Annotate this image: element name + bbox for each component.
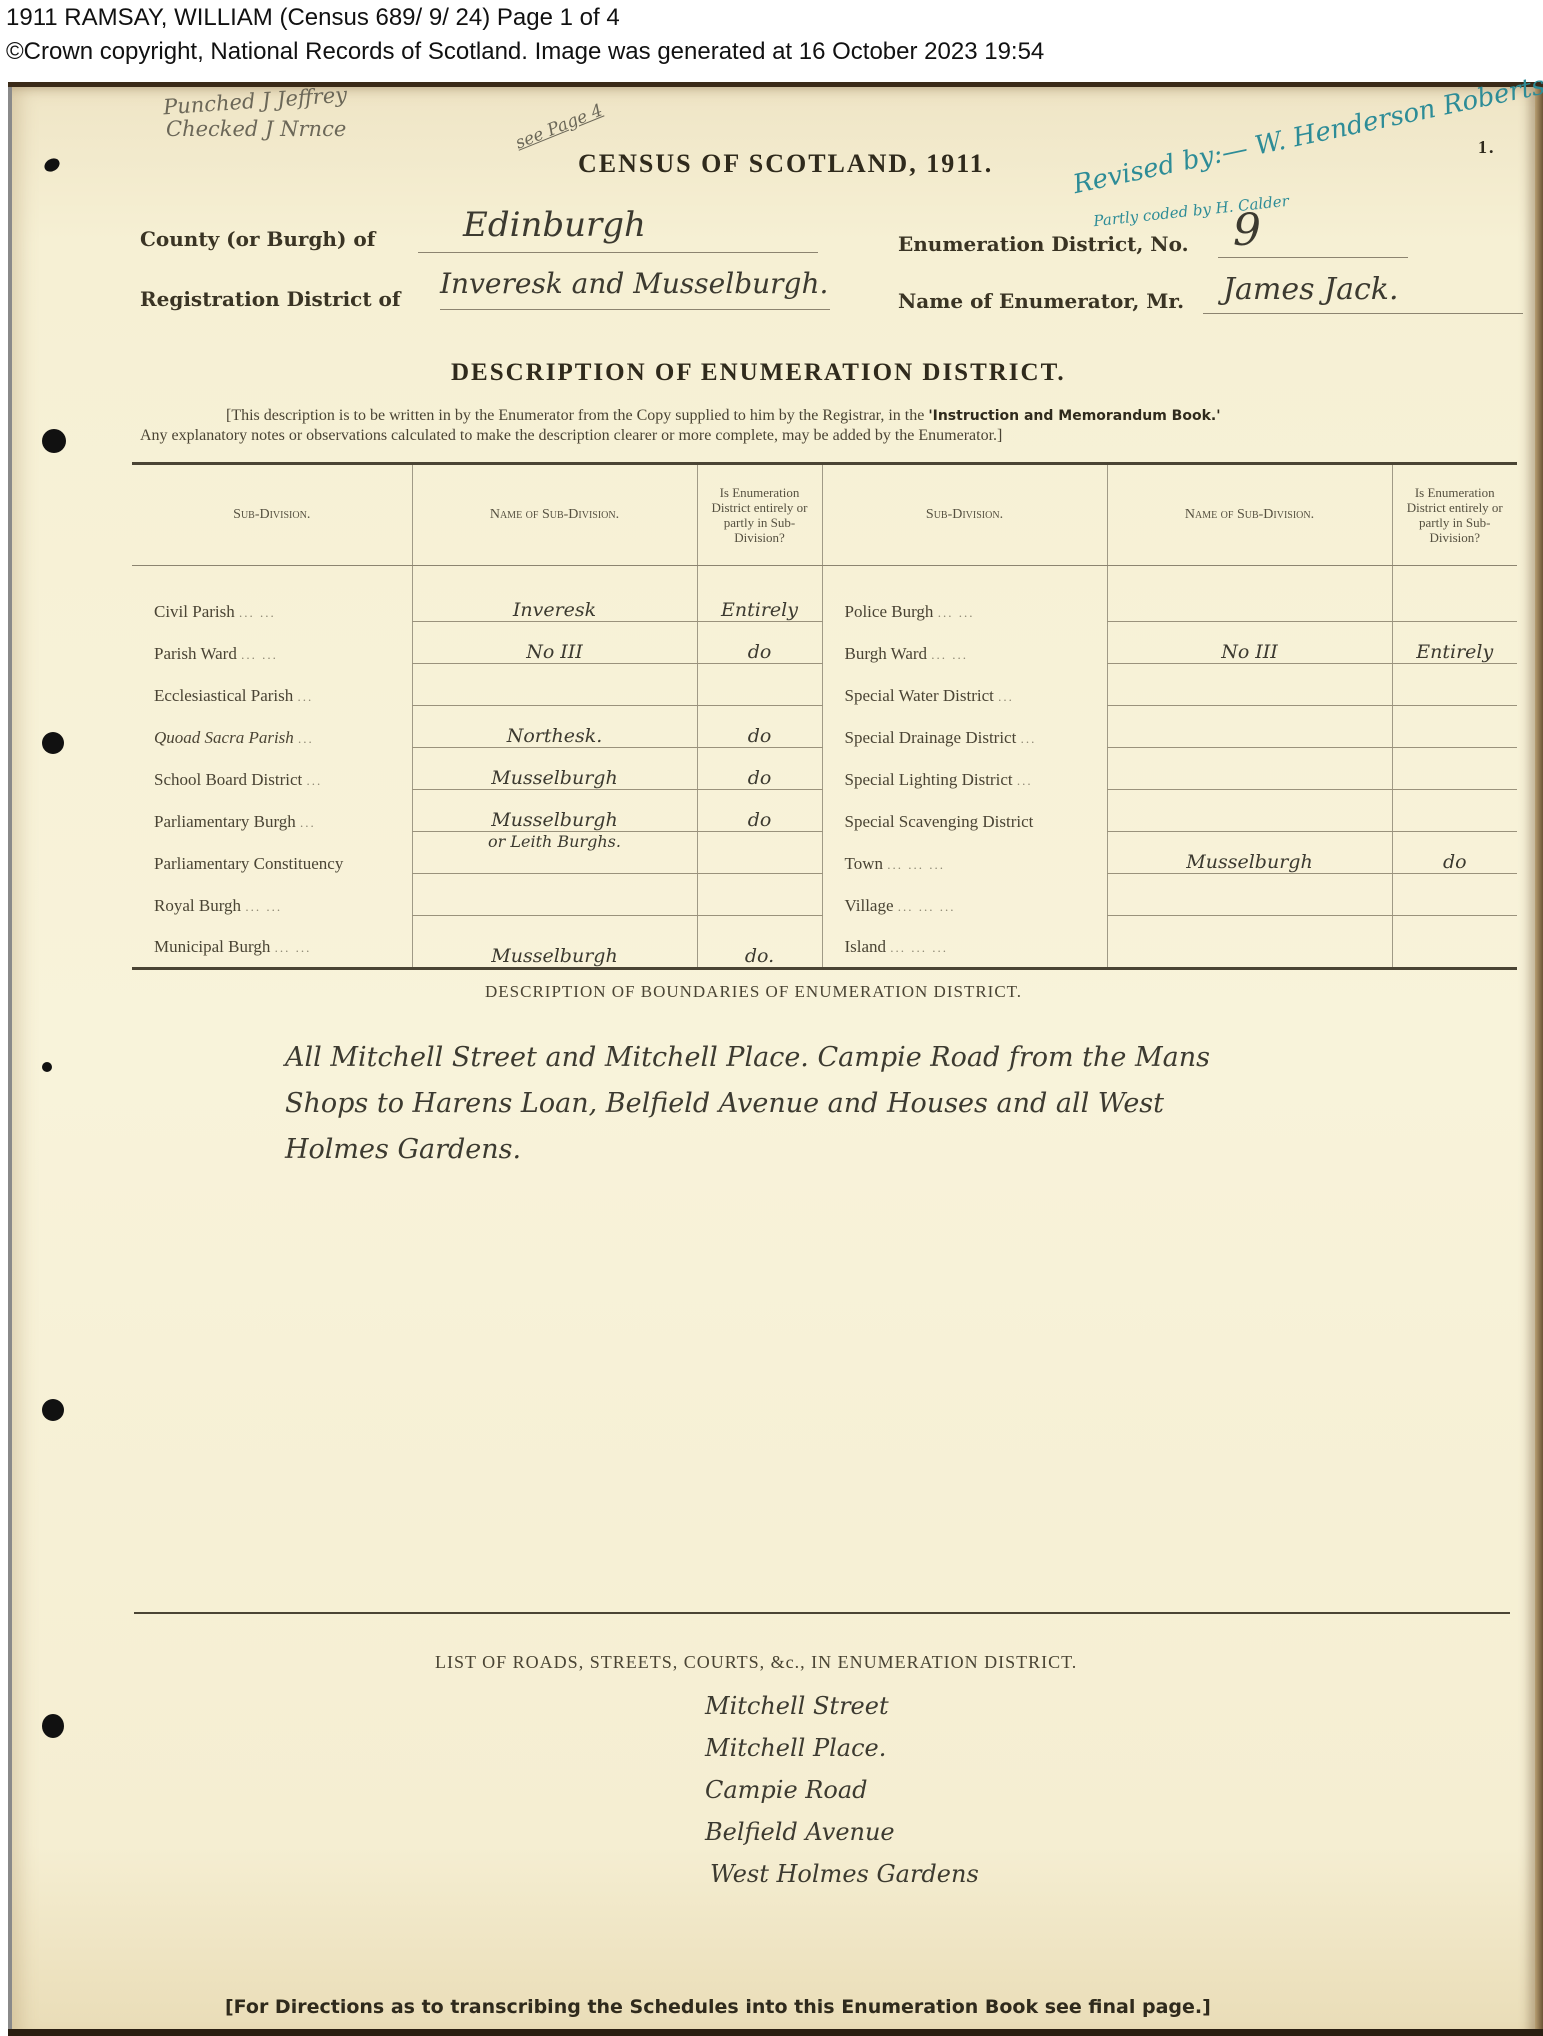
right-subdivision-name xyxy=(1107,790,1392,832)
header-question-right: Is Enumeration District entirely or part… xyxy=(1392,464,1517,566)
pencil-note-punched: Punched J Jeffrey xyxy=(162,83,347,120)
right-subdivision-name xyxy=(1107,664,1392,706)
instructions-text: [This description is to be written in by… xyxy=(226,407,924,424)
right-subdivision-label: Town ... ... ... xyxy=(822,832,1107,874)
right-subdivision-extent xyxy=(1392,706,1517,748)
boundaries-line-2: Shops to Harens Loan, Belfield Avenue an… xyxy=(285,1088,1164,1119)
streets-title: LIST OF ROADS, STREETS, COURTS, &c., IN … xyxy=(435,1652,1077,1673)
right-subdivision-extent xyxy=(1392,790,1517,832)
left-subdivision-name: Musselburgh xyxy=(412,916,697,969)
left-subdivision-extent xyxy=(697,832,822,874)
table-row: Parliamentary Constituency or Leith Burg… xyxy=(132,832,1517,874)
table-row: Ecclesiastical Parish ... Special Water … xyxy=(132,664,1517,706)
left-subdivision-name: or Leith Burghs. xyxy=(412,832,697,874)
left-subdivision-label: School Board District ... xyxy=(132,748,412,790)
left-subdivision-label: Quoad Sacra Parish ... xyxy=(132,706,412,748)
page-right-edge xyxy=(1535,87,1543,2036)
registration-district-value: Inveresk and Musselburgh. xyxy=(440,267,828,300)
street-item: Belfield Avenue xyxy=(705,1818,895,1846)
street-item: Mitchell Place. xyxy=(705,1734,886,1762)
right-subdivision-label: Burgh Ward ... ... xyxy=(822,622,1107,664)
table-row: School Board District ... Musselburgh do… xyxy=(132,748,1517,790)
pencil-note-checked: Checked J Nrnce xyxy=(166,117,346,141)
right-subdivision-label: Special Drainage District ... xyxy=(822,706,1107,748)
left-subdivision-label: Parliamentary Constituency xyxy=(132,832,412,874)
copyright-notice: ©Crown copyright, National Records of Sc… xyxy=(6,38,1044,66)
enumeration-district-value: 9 xyxy=(1233,205,1261,256)
right-subdivision-label: Special Scavenging District xyxy=(822,790,1107,832)
binding-hole xyxy=(42,156,62,174)
right-subdivision-label: Special Lighting District ... xyxy=(822,748,1107,790)
record-title: 1911 RAMSAY, WILLIAM (Census 689/ 9/ 24)… xyxy=(6,4,620,32)
binding-hole xyxy=(42,1714,64,1738)
header-question-left: Is Enumeration District entirely or part… xyxy=(697,464,822,566)
table-row: Civil Parish ... ... Inveresk Entirely P… xyxy=(132,566,1517,622)
enumerator-value: James Jack. xyxy=(1223,272,1398,307)
header-subdivision-right: Sub-Division. xyxy=(822,464,1107,566)
page-bottom-edge xyxy=(8,2029,1543,2036)
left-subdivision-name: No III xyxy=(412,622,697,664)
registration-district-label: Registration District of xyxy=(140,287,401,311)
table-row: Parish Ward ... ... No III do Burgh Ward… xyxy=(132,622,1517,664)
left-subdivision-label: Ecclesiastical Parish ... xyxy=(132,664,412,706)
right-subdivision-name xyxy=(1107,748,1392,790)
right-subdivision-extent xyxy=(1392,566,1517,622)
binding-hole xyxy=(42,429,66,453)
binding-hole xyxy=(42,732,64,754)
boundaries-title: DESCRIPTION OF BOUNDARIES OF ENUMERATION… xyxy=(485,982,1022,1002)
section-divider xyxy=(134,1612,1510,1614)
left-subdivision-extent xyxy=(697,874,822,916)
left-subdivision-label: Municipal Burgh ... ... xyxy=(132,916,412,969)
right-subdivision-extent: Entirely xyxy=(1392,622,1517,664)
description-title: DESCRIPTION OF ENUMERATION DISTRICT. xyxy=(451,359,1066,387)
left-subdivision-extent: do. xyxy=(697,916,822,969)
right-subdivision-label: Village ... ... ... xyxy=(822,874,1107,916)
boundaries-line-3: Holmes Gardens. xyxy=(285,1134,521,1165)
left-subdivision-name: Musselburgh xyxy=(412,790,697,832)
left-subdivision-name xyxy=(412,664,697,706)
binding-hole xyxy=(42,1399,64,1421)
left-subdivision-label: Parliamentary Burgh ... xyxy=(132,790,412,832)
left-subdivision-extent: do xyxy=(697,706,822,748)
left-subdivision-name xyxy=(412,874,697,916)
county-label: County (or Burgh) of xyxy=(140,227,375,251)
right-subdivision-name: Musselburgh xyxy=(1107,832,1392,874)
right-subdivision-extent xyxy=(1392,874,1517,916)
page-left-edge xyxy=(8,87,12,2036)
left-subdivision-name: Musselburgh xyxy=(412,748,697,790)
binding-hole xyxy=(42,1062,52,1072)
table-row: Municipal Burgh ... ... Musselburgh do. … xyxy=(132,916,1517,969)
table-header-row: Sub-Division. Name of Sub-Division. Is E… xyxy=(132,464,1517,566)
instructions-book-name: 'Instruction and Memorandum Book.' xyxy=(928,408,1220,424)
pencil-note-see-page: see Page 4 xyxy=(513,100,606,153)
left-subdivision-extent: do xyxy=(697,790,822,832)
instructions-line-1: [This description is to be written in by… xyxy=(226,407,1220,425)
right-subdivision-name xyxy=(1107,916,1392,969)
street-item: West Holmes Gardens xyxy=(710,1860,979,1888)
enumerator-label: Name of Enumerator, Mr. xyxy=(898,289,1184,313)
instructions-line-2: Any explanatory notes or observations ca… xyxy=(140,427,1002,445)
subdivision-table: Sub-Division. Name of Sub-Division. Is E… xyxy=(132,462,1517,970)
boundaries-line-1: All Mitchell Street and Mitchell Place. … xyxy=(285,1042,1210,1073)
left-subdivision-name: Northesk. xyxy=(412,706,697,748)
form-title: CENSUS OF SCOTLAND, 1911. xyxy=(578,149,993,179)
right-subdivision-name xyxy=(1107,706,1392,748)
left-subdivision-extent xyxy=(697,664,822,706)
right-subdivision-name xyxy=(1107,874,1392,916)
right-subdivision-label: Special Water District ... xyxy=(822,664,1107,706)
enumeration-district-label: Enumeration District, No. xyxy=(898,232,1189,256)
left-subdivision-label: Civil Parish ... ... xyxy=(132,566,412,622)
left-subdivision-extent: do xyxy=(697,622,822,664)
right-subdivision-extent: do xyxy=(1392,832,1517,874)
right-subdivision-name xyxy=(1107,566,1392,622)
left-subdivision-name: Inveresk xyxy=(412,566,697,622)
table-row: Royal Burgh ... ... Village ... ... ... xyxy=(132,874,1517,916)
right-subdivision-extent xyxy=(1392,748,1517,790)
left-subdivision-extent: Entirely xyxy=(697,566,822,622)
left-subdivision-label: Parish Ward ... ... xyxy=(132,622,412,664)
header-name-left: Name of Sub-Division. xyxy=(412,464,697,566)
left-subdivision-label: Royal Burgh ... ... xyxy=(132,874,412,916)
right-subdivision-label: Island ... ... ... xyxy=(822,916,1107,969)
header-subdivision-left: Sub-Division. xyxy=(132,464,412,566)
right-subdivision-extent xyxy=(1392,916,1517,969)
street-item: Campie Road xyxy=(705,1776,868,1804)
left-subdivision-extent: do xyxy=(697,748,822,790)
county-value: Edinburgh xyxy=(463,205,646,245)
street-item: Mitchell Street xyxy=(705,1692,889,1720)
right-subdivision-extent xyxy=(1392,664,1517,706)
right-subdivision-name: No III xyxy=(1107,622,1392,664)
footer-directions: [For Directions as to transcribing the S… xyxy=(225,1996,1211,2018)
right-subdivision-label: Police Burgh ... ... xyxy=(822,566,1107,622)
revised-by-note: Revised by:— W. Henderson Robertson xyxy=(1070,64,1543,200)
table-row: Quoad Sacra Parish ... Northesk. do Spec… xyxy=(132,706,1517,748)
page-number: 1. xyxy=(1478,137,1496,158)
table-row: Parliamentary Burgh ... Musselburgh do S… xyxy=(132,790,1517,832)
header-name-right: Name of Sub-Division. xyxy=(1107,464,1392,566)
